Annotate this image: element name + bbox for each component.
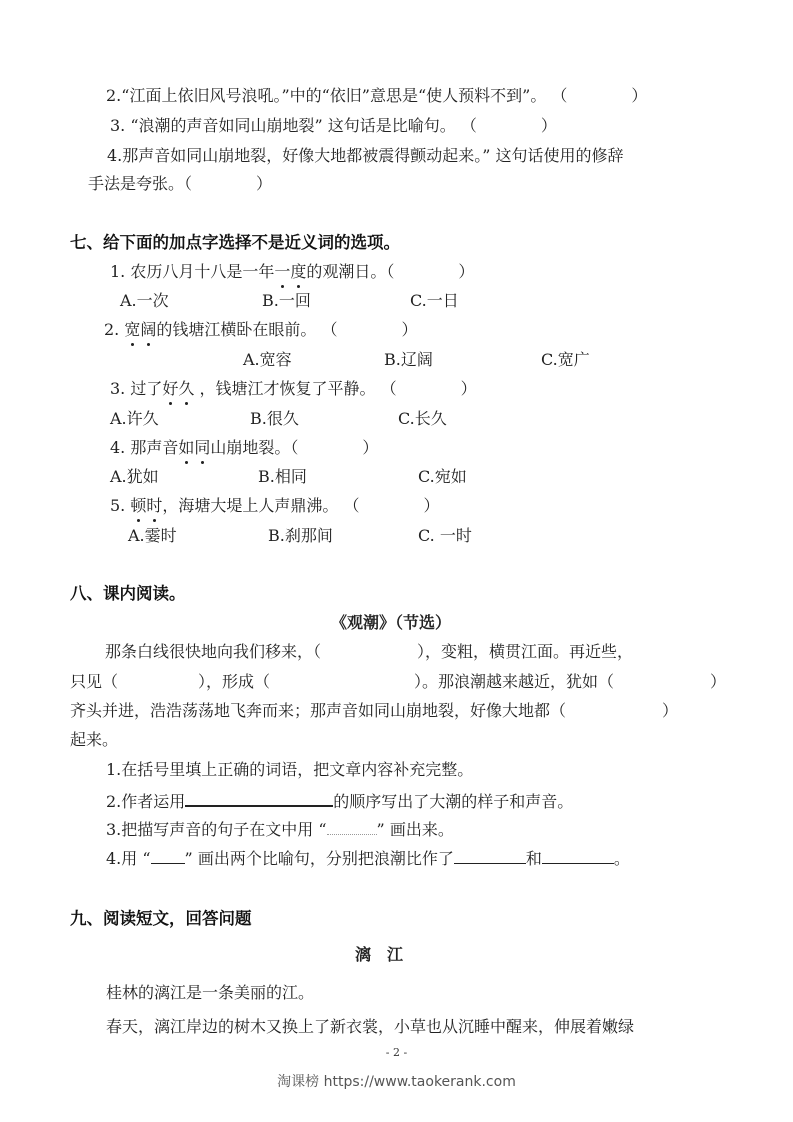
question-text: 5. bbox=[110, 496, 130, 515]
question-text: 的钱塘江横卧在眼前。 （ ） bbox=[156, 320, 417, 339]
option-7-5-a: A.霎时 bbox=[128, 526, 177, 546]
option-7-1-c: C.一日 bbox=[410, 291, 459, 311]
wavy-underline-sample bbox=[327, 818, 377, 835]
question-text: 2. bbox=[104, 320, 124, 339]
option-7-1-a: A.一次 bbox=[120, 291, 169, 311]
option-7-4-a: A.犹如 bbox=[110, 467, 159, 487]
emphasis-dot-char: 如 bbox=[178, 438, 194, 458]
option-7-2-c: C.宽广 bbox=[541, 350, 590, 370]
question-text: 4. 那声音 bbox=[110, 438, 178, 457]
question-8-1: 1.在括号里填上正确的词语，把文章内容补充完整。 bbox=[106, 760, 473, 780]
dotted-word: 如同 bbox=[178, 438, 210, 457]
footer-watermark: 淘课榜 https://www.taokerank.com bbox=[0, 1071, 793, 1091]
question-6-4-line2: 手法是夸张。（ ） bbox=[88, 174, 272, 194]
emphasis-dot-char: 同 bbox=[194, 438, 210, 458]
question-8-3: 3.把描写声音的句子在文中用 “” 画出来。 bbox=[106, 818, 454, 840]
option-7-5-c: C. 一时 bbox=[418, 526, 472, 546]
section-7-heading: 七、给下面的加点字选择不是近义词的选项。 bbox=[70, 233, 400, 253]
emphasis-dot-char: 宽 bbox=[124, 320, 140, 340]
emphasis-dot-char: 好 bbox=[162, 379, 178, 399]
page-number: - 2 - bbox=[0, 1046, 793, 1059]
emphasis-dot-char: 久 bbox=[178, 379, 194, 399]
straight-underline-sample bbox=[151, 847, 185, 864]
emphasis-dot-char: 一 bbox=[274, 262, 290, 282]
emphasis-dot-char: 度 bbox=[290, 262, 306, 282]
question-text: 4.用 “ bbox=[106, 849, 151, 868]
question-6-3: 3. “浪潮的声音如同山崩地裂” 这句话是比喻句。 （ ） bbox=[110, 116, 557, 136]
dotted-word: 宽阔 bbox=[124, 320, 156, 339]
question-text: 的观潮日。（ ） bbox=[306, 262, 474, 281]
question-text: 3.把描写声音的句子在文中用 “ bbox=[106, 820, 327, 839]
passage-line: 那条白线很快地向我们移来，（ ），变粗，横贯江面。再近些， bbox=[105, 642, 633, 662]
passage-line: 齐头并进，浩浩荡荡地飞奔而来；那声音如同山崩地裂，好像大地都（ ） bbox=[70, 701, 678, 721]
emphasis-dot-char: 时 bbox=[146, 496, 162, 516]
dotted-word: 顿时 bbox=[130, 496, 162, 515]
passage-line: 只见（ ），形成（ ）。那浪潮越来越近，犹如（ ） bbox=[70, 672, 726, 692]
question-6-2: 2.“江面上依旧风号浪吼。”中的“依旧”意思是“使人预料不到”。 （ ） bbox=[106, 86, 647, 106]
answer-blank[interactable] bbox=[542, 847, 614, 864]
question-text: ” 画出来。 bbox=[377, 820, 454, 839]
option-7-4-b: B.相同 bbox=[258, 467, 307, 487]
question-7-2: 2. 宽阔的钱塘江横卧在眼前。 （ ） bbox=[104, 320, 417, 340]
question-8-4: 4.用 “” 画出两个比喻句，分别把浪潮比作了和。 bbox=[106, 847, 630, 869]
option-7-4-c: C.宛如 bbox=[418, 467, 467, 487]
question-text: 山崩地裂。（ ） bbox=[210, 438, 378, 457]
question-6-4-line1: 4.那声音如同山崩地裂，好像大地都被震得颤动起来。” 这句话使用的修辞 bbox=[107, 146, 624, 166]
question-text: 的顺序写出了大潮的样子和声音。 bbox=[333, 792, 573, 811]
question-7-4: 4. 那声音如同山崩地裂。（ ） bbox=[110, 438, 378, 458]
option-7-3-c: C.长久 bbox=[398, 409, 447, 429]
question-8-2: 2.作者运用的顺序写出了大潮的样子和声音。 bbox=[106, 789, 573, 812]
question-text: 1. 农历八月十八是一年 bbox=[110, 262, 274, 281]
question-text: 3. 过了 bbox=[110, 379, 162, 398]
option-7-5-b: B.刹那间 bbox=[268, 526, 333, 546]
question-7-5: 5. 顿时，海塘大堤上人声鼎沸。 （ ） bbox=[110, 496, 439, 516]
option-7-3-a: A.许久 bbox=[110, 409, 159, 429]
section-8-heading: 八、课内阅读。 bbox=[70, 584, 186, 604]
answer-blank[interactable] bbox=[454, 847, 526, 864]
emphasis-dot-char: 顿 bbox=[130, 496, 146, 516]
question-text: 2.作者运用 bbox=[106, 792, 185, 811]
option-7-2-a: A.宽容 bbox=[243, 350, 292, 370]
question-7-3: 3. 过了好久 ，钱塘江才恢复了平静。 （ ） bbox=[110, 379, 477, 399]
passage-paragraph: 春天，漓江岸边的树木又换上了新衣裳，小草也从沉睡中醒来，伸展着嫩绿 bbox=[106, 1017, 634, 1037]
question-text: ” 画出两个比喻句，分别把浪潮比作了 bbox=[185, 849, 454, 868]
passage-title: 《观潮》（节选） bbox=[331, 613, 451, 633]
passage-paragraph: 桂林的漓江是一条美丽的江。 bbox=[106, 983, 314, 1003]
passage-title: 漓 江 bbox=[355, 945, 403, 965]
dotted-word: 一度 bbox=[274, 262, 306, 281]
option-7-3-b: B.很久 bbox=[250, 409, 299, 429]
question-text: 和 bbox=[526, 849, 542, 868]
section-9-heading: 九、阅读短文，回答问题 bbox=[70, 909, 252, 929]
question-7-1: 1. 农历八月十八是一年一度的观潮日。（ ） bbox=[110, 262, 474, 282]
question-text: ，海塘大堤上人声鼎沸。 （ ） bbox=[162, 496, 439, 515]
passage-line: 起来。 bbox=[70, 730, 118, 750]
dotted-word: 好久 bbox=[162, 379, 194, 398]
emphasis-dot-char: 阔 bbox=[140, 320, 156, 340]
question-text: ，钱塘江才恢复了平静。 （ ） bbox=[194, 379, 476, 398]
question-text: 。 bbox=[614, 849, 630, 868]
option-7-1-b: B.一回 bbox=[262, 291, 311, 311]
option-7-2-b: B.辽阔 bbox=[384, 350, 433, 370]
answer-blank[interactable] bbox=[185, 789, 333, 807]
